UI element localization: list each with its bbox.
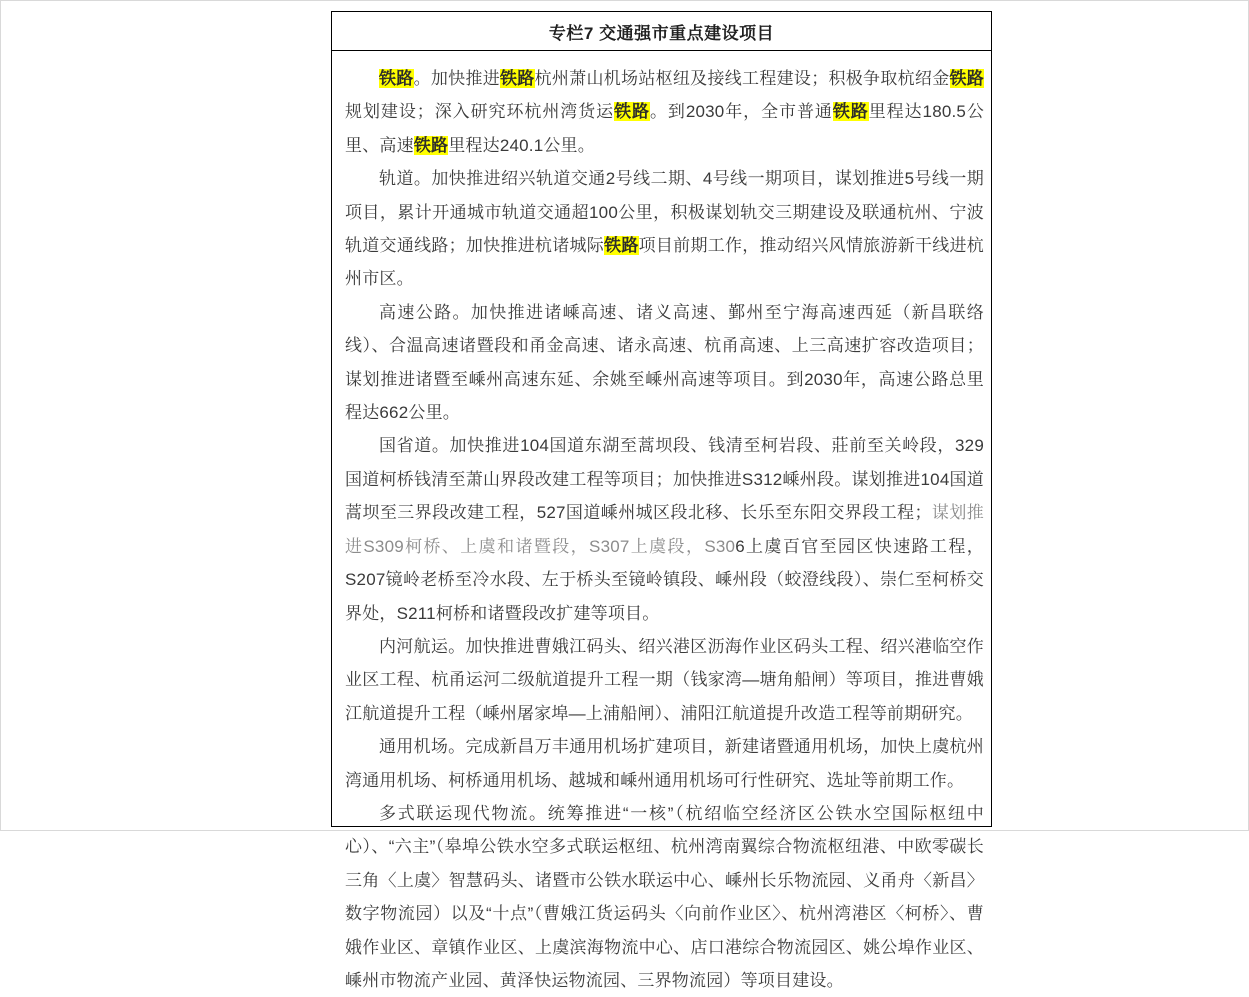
column-title: 专栏7 交通强市重点建设项目 [549,19,774,44]
column-box: 专栏7 交通强市重点建设项目 铁路。加快推进铁路杭州萧山机场站枢纽及接线工程建设… [331,11,992,827]
paragraph-multimodal-logistics: 多式联运现代物流。统筹推进“一核”（杭绍临空经济区公铁水空国际枢纽中心）、“六主… [345,797,984,831]
highlighted-term: 铁路 [604,236,639,255]
body-text: 多式联运现代物流。统筹推进“一核”（杭绍临空经济区公铁水空国际枢纽中心）、“六主… [345,804,984,831]
highlighted-term: 铁路 [414,136,448,155]
highlighted-term: 铁路 [614,102,650,121]
paragraph-national-provincial-roads: 国省道。加快推进104国道东湖至蒿坝段、钱清至柯岩段、莊前至关岭段，329国道柯… [345,429,984,629]
body-text: 。加快推进 [414,69,500,88]
body-text: 规划建设；深入研究环杭州湾货运 [345,102,614,121]
body-text: 杭州萧山机场站枢纽及接线工程建设；积极争取杭绍金 [535,69,950,88]
document-page: 专栏7 交通强市重点建设项目 铁路。加快推进铁路杭州萧山机场站枢纽及接线工程建设… [0,0,1249,831]
paragraph-inland-waterway: 内河航运。加快推进曹娥江码头、绍兴港区沥海作业区码头工程、绍兴港临空作业区工程、… [345,630,984,730]
paragraph-general-airports: 通用机场。完成新昌万丰通用机场扩建项目，新建诸暨通用机场，加快上虞杭州湾通用机场… [345,730,984,797]
body-text: 通用机场。完成新昌万丰通用机场扩建项目，新建诸暨通用机场，加快上虞杭州湾通用机场… [345,737,984,789]
body-text: 内河航运。加快推进曹娥江码头、绍兴港区沥海作业区码头工程、绍兴港临空作业区工程、… [345,637,984,723]
column-body: 铁路。加快推进铁路杭州萧山机场站枢纽及接线工程建设；积极争取杭绍金铁路规划建设；… [332,51,991,831]
column-title-bar: 专栏7 交通强市重点建设项目 [332,12,991,51]
highlighted-term: 铁路 [950,69,985,88]
body-text: 。到2030年，全市普通 [650,102,833,121]
highlighted-term: 铁路 [379,69,414,88]
body-text: 里程达240.1公里。 [448,136,595,155]
paragraph-expressway: 高速公路。加快推进诸嵊高速、诸义高速、鄞州至宁海高速西延（新昌联络线）、合温高速… [345,296,984,430]
paragraph-rail-transit: 轨道。加快推进绍兴轨道交通2号线二期、4号线一期项目，谋划推进5号线一期项目，累… [345,162,984,296]
paragraph-railway: 铁路。加快推进铁路杭州萧山机场站枢纽及接线工程建设；积极争取杭绍金铁路规划建设；… [345,62,984,162]
highlighted-term: 铁路 [833,102,869,121]
body-text: 高速公路。加快推进诸嵊高速、诸义高速、鄞州至宁海高速西延（新昌联络线）、合温高速… [345,303,984,422]
highlighted-term: 铁路 [500,69,535,88]
body-text: 国省道。加快推进104国道东湖至蒿坝段、钱清至柯岩段、莊前至关岭段，329国道柯… [345,436,984,522]
